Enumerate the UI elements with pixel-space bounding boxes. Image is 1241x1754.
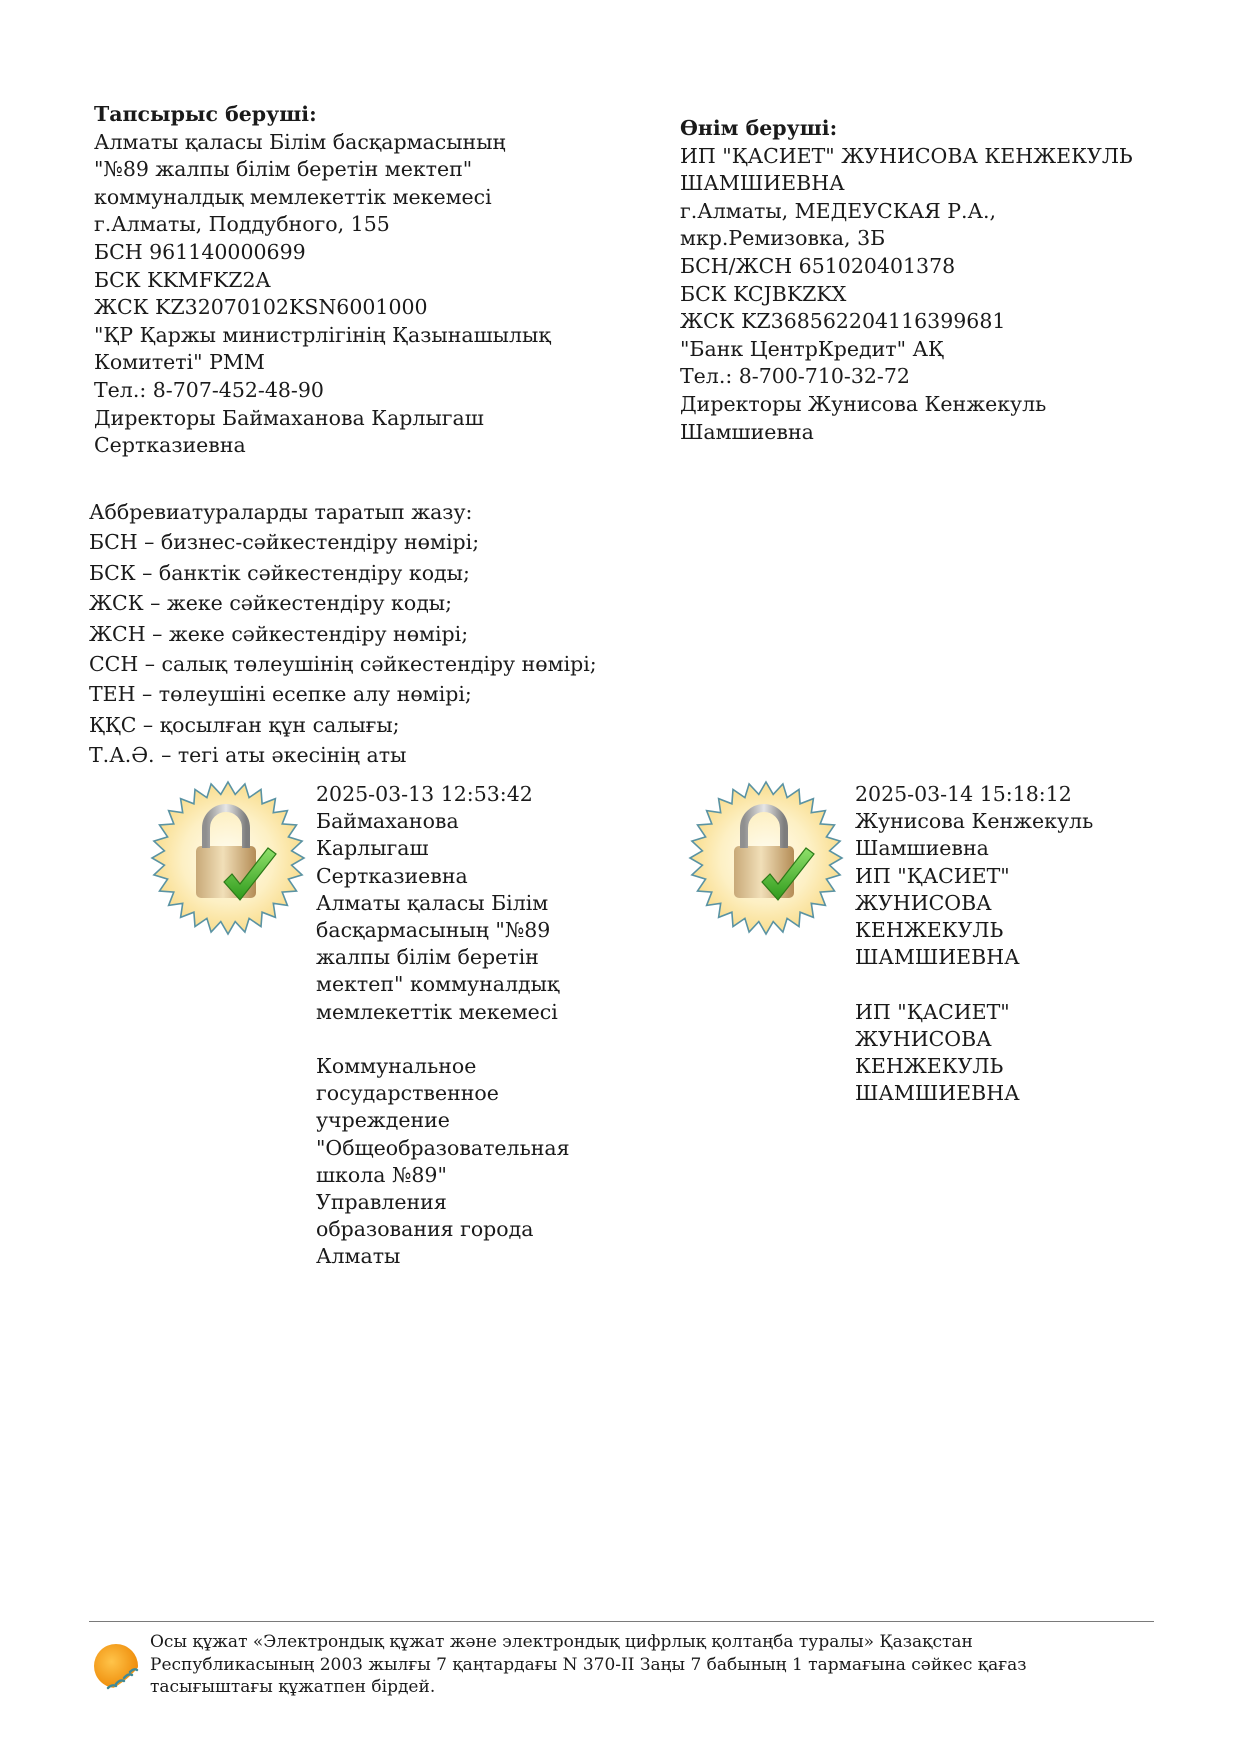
signature-line: Карлыгаш (316, 835, 570, 862)
supplier-director: Шамшиевна (680, 419, 1133, 447)
signature-line: мектеп" коммуналдық (316, 971, 570, 998)
customer-heading: Тапсырыс беруші: (94, 101, 551, 129)
abbreviations-title: Аббревиатураларды таратып жазу: (89, 497, 597, 527)
signature-line: государственное (316, 1080, 570, 1107)
signature-line: КЕНЖЕКУЛЬ (855, 1053, 1093, 1080)
customer-address: г.Алматы, Поддубного, 155 (94, 211, 551, 239)
signature-line: мемлекеттік мекемесі (316, 999, 570, 1026)
signature-line: Коммунальное (316, 1053, 570, 1080)
legal-notice-line: Осы құжат «Электрондық құжат және электр… (150, 1631, 1027, 1654)
customer-iik: ЖСК KZ32070102KSN6001000 (94, 294, 551, 322)
customer-line: Алматы қаласы Білім басқармасының (94, 129, 551, 157)
signature-line: школа №89" (316, 1162, 570, 1189)
legal-notice-line: тасығыштағы құжатпен бірдей. (150, 1676, 1027, 1699)
signature-line: Серткaзиевна (316, 863, 570, 890)
abbreviation-item: ТЕН – төлеушіні есепке алу нөмірі; (89, 679, 597, 709)
abbreviations-list: Аббревиатураларды таратып жазу: БСН – би… (89, 497, 597, 771)
signature-line: ЖУНИСОВА (855, 1026, 1093, 1053)
footer-divider (89, 1621, 1154, 1622)
customer-director: Директоры Баймаханова Карлыгаш (94, 405, 551, 433)
signature-line: Алматы қаласы Білім (316, 890, 570, 917)
signature-timestamp: 2025-03-13 12:53:42 (316, 781, 570, 808)
customer-bank: Комитеті" РММ (94, 349, 551, 377)
signature-line: "Общеобразовательная (316, 1135, 570, 1162)
supplier-iik: ЖСК KZ368562204116399681 (680, 308, 1133, 336)
signature-line: Алматы (316, 1243, 570, 1270)
abbreviation-item: ҚҚС – қосылған құн салығы; (89, 710, 597, 740)
signature-line: ШАМШИЕВНА (855, 1080, 1093, 1107)
supplier-address: г.Алматы, МЕДЕУСКАЯ Р.А., (680, 198, 1133, 226)
signature-line: басқармасының "№89 (316, 917, 570, 944)
digital-signature-seal-icon (148, 778, 308, 938)
abbreviation-item: ССН – салық төлеушінің сәйкестендіру нөм… (89, 649, 597, 679)
signature-line (316, 1026, 570, 1053)
customer-line: коммуналдық мемлекеттік мекемесі (94, 184, 551, 212)
signature-line: учреждение (316, 1107, 570, 1134)
supplier-bank: "Банк ЦентрКредит" АҚ (680, 336, 1133, 364)
customer-bik: БСК KKMFKZ2A (94, 267, 551, 295)
signature-line: образования города (316, 1216, 570, 1243)
signature-line: ИП "ҚАСИЕТ" (855, 999, 1093, 1026)
supplier-director: Директоры Жунисова Кенжекуль (680, 391, 1133, 419)
customer-details: Тапсырыс беруші: Алматы қаласы Білім бас… (94, 101, 551, 460)
supplier-phone: Тел.: 8-700-710-32-72 (680, 363, 1133, 391)
customer-bin: БСН 961140000699 (94, 239, 551, 267)
supplier-address: мкр.Ремизовка, 3Б (680, 225, 1133, 253)
signature-line: жалпы білім беретін (316, 944, 570, 971)
legal-notice: Осы құжат «Электрондық құжат және электр… (150, 1631, 1027, 1699)
signature-line: Жунисова Кенжекуль (855, 808, 1093, 835)
customer-phone: Тел.: 8-707-452-48-90 (94, 377, 551, 405)
abbreviation-item: ЖСК – жеке сәйкестендіру коды; (89, 588, 597, 618)
customer-line: "№89 жалпы білім беретін мектеп" (94, 156, 551, 184)
signature-line: ИП "ҚАСИЕТ" (855, 863, 1093, 890)
signature-line: КЕНЖЕКУЛЬ (855, 917, 1093, 944)
abbreviation-item: ЖСН – жеке сәйкестендіру нөмірі; (89, 619, 597, 649)
signature-details: 2025-03-14 15:18:12 Жунисова Кенжекуль Ш… (855, 781, 1093, 1107)
signature-line (855, 971, 1093, 998)
abbreviation-item: БСН – бизнес-сәйкестендіру нөмірі; (89, 527, 597, 557)
supplier-name: ШАМШИЕВНА (680, 170, 1133, 198)
signature-line: ЖУНИСОВА (855, 890, 1093, 917)
legal-notice-line: Республикасының 2003 жылғы 7 қаңтардағы … (150, 1654, 1027, 1677)
supplier-bin: БСН/ЖСН 651020401378 (680, 253, 1133, 281)
supplier-bik: БСК KCJBKZKX (680, 281, 1133, 309)
supplier-name: ИП "ҚАСИЕТ" ЖУНИСОВА КЕНЖЕКУЛЬ (680, 143, 1133, 171)
abbreviation-item: БСК – банктік сәйкестендіру коды; (89, 558, 597, 588)
customer-director: Серткaзиевна (94, 432, 551, 460)
signature-line: Управления (316, 1189, 570, 1216)
signature-line: ШАМШИЕВНА (855, 944, 1093, 971)
customer-bank: "ҚР Қаржы министрлігінің Қазынашылық (94, 322, 551, 350)
digital-signature-seal-icon (686, 778, 846, 938)
signature-details: 2025-03-13 12:53:42 Баймаханова Карлыгаш… (316, 781, 570, 1271)
signature-timestamp: 2025-03-14 15:18:12 (855, 781, 1093, 808)
supplier-details: Өнім беруші: ИП "ҚАСИЕТ" ЖУНИСОВА КЕНЖЕК… (680, 115, 1133, 446)
supplier-heading: Өнім беруші: (680, 115, 1133, 143)
egov-sun-logo-icon (92, 1640, 144, 1692)
abbreviation-item: Т.А.Ә. – тегі аты әкесінің аты (89, 740, 597, 770)
signature-line: Шамшиевна (855, 835, 1093, 862)
signature-line: Баймаханова (316, 808, 570, 835)
